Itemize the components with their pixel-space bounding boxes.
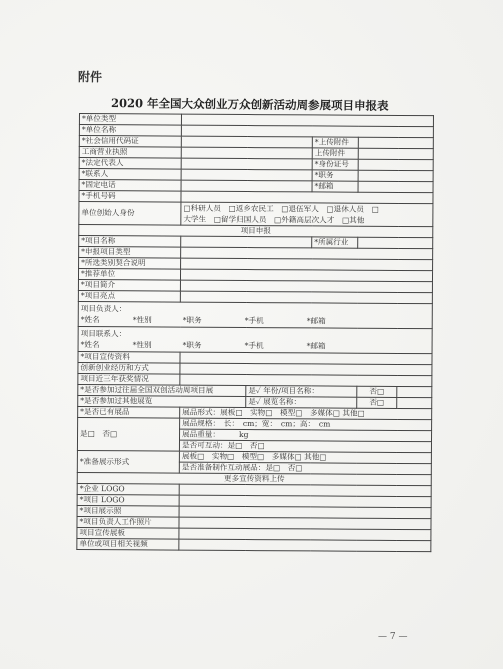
field-id-number[interactable] xyxy=(358,159,433,170)
field-upload-1[interactable] xyxy=(358,137,433,148)
field-contact[interactable] xyxy=(181,169,312,181)
label-unit-type: *单位类型 xyxy=(79,114,181,126)
other-expo-yes-option[interactable]: 是✓ 展览名称： xyxy=(246,397,357,409)
field-position[interactable] xyxy=(358,170,433,181)
label-industry: *所属行业 xyxy=(312,237,358,248)
leader-gender[interactable]: *性别 xyxy=(133,314,183,325)
page-number: — 7 — xyxy=(378,632,407,642)
contact-position[interactable]: *职务 xyxy=(183,340,245,351)
display-interactive-options[interactable]: 是否准备制作互动展品：是□ 否□ xyxy=(179,462,431,475)
field-email[interactable] xyxy=(358,181,433,192)
field-legal-rep[interactable] xyxy=(181,158,312,170)
leader-mobile[interactable]: *手机 xyxy=(245,315,307,326)
row-exhibit-size: 是□ 否□ 展品规格： 长： cm；宽： cm；高： cm xyxy=(78,417,432,430)
leader-email[interactable]: *邮箱 xyxy=(307,315,326,326)
contact-gender[interactable]: *性别 xyxy=(133,339,183,350)
other-expo-no-option[interactable]: 否□ xyxy=(357,397,397,408)
label-landline: *固定电话 xyxy=(79,180,181,192)
label-business-license: 工商营业执照 xyxy=(79,147,181,159)
exhibit-interactive-options[interactable]: 是否可互动：是□ 否□ xyxy=(179,440,431,453)
label-intro: *项目简介 xyxy=(78,279,180,291)
field-industry[interactable] xyxy=(358,237,433,248)
contact-name[interactable]: *姓名 xyxy=(81,339,133,350)
past-expo-no-option[interactable]: 否□ xyxy=(357,386,397,397)
field-landline[interactable] xyxy=(181,180,312,192)
label-promo-board: 项目宣传展板 xyxy=(77,527,179,539)
label-other-expo: *是否参加过其他展览 xyxy=(78,395,246,407)
label-unit-name: *单位名称 xyxy=(79,125,181,137)
other-expo-extra[interactable] xyxy=(397,397,432,408)
form-title: 2020 年全国大众创业万众创新活动周参展项目申报表 xyxy=(111,95,411,114)
label-project-type: *申报项目类型 xyxy=(79,247,181,259)
exhibit-weight-field[interactable]: 展品重量： kg xyxy=(180,429,432,442)
label-project-name: *项目名称 xyxy=(79,236,181,248)
label-awards: 项目近三年获奖情况 xyxy=(78,373,180,385)
label-upload-2: 上传附件 xyxy=(312,148,358,159)
attachment-label: 附件 xyxy=(78,68,102,85)
field-credit-code[interactable] xyxy=(181,136,312,148)
founder-identity-options[interactable]: □科研人员 □返乡农民工 □退伍军人 □退休人员 □ 大学生 □留学归国人员 □… xyxy=(181,202,433,227)
label-related-video: 单位或项目相关视频 xyxy=(77,538,179,550)
label-legal-rep: *法定代表人 xyxy=(79,158,181,170)
label-has-exhibit: *是否已有展品 xyxy=(78,406,180,418)
label-company-logo: *企业 LOGO xyxy=(77,483,179,495)
label-contact: *联系人 xyxy=(79,169,181,181)
row-upload-video: 单位或项目相关视频 xyxy=(77,538,431,551)
label-highlights: *项目亮点 xyxy=(78,290,180,302)
label-founder-identity: 单位创始人身份 xyxy=(79,202,181,226)
past-expo-extra[interactable] xyxy=(397,386,432,397)
label-upload-1: *上传附件 xyxy=(312,137,358,148)
label-leader-photo: *项目负责人工作照片 xyxy=(77,516,179,528)
label-credit-code: *社会信用代码证 xyxy=(79,136,181,148)
contact-email[interactable]: *邮箱 xyxy=(307,340,326,351)
past-expo-yes-option[interactable]: 是✓ 年份/项目名称： xyxy=(246,386,357,398)
application-form-table: *单位类型 *单位名称 *社会信用代码证 *上传附件 工商营业执照 上传附件 *… xyxy=(76,113,434,552)
label-category-desc: *所选类别契合说明 xyxy=(79,258,181,270)
field-business-license[interactable] xyxy=(181,147,312,159)
row-display-form: *准备展示形式 展板□ 实物□ 模型□ 多媒体□ 其他□ xyxy=(77,450,431,463)
label-display-form: *准备展示形式 xyxy=(77,450,179,473)
document-page: 附件 2020 年全国大众创业万众创新活动周参展项目申报表 *单位类型 *单位名… xyxy=(0,0,503,669)
row-founder-identity: 单位创始人身份 □科研人员 □返乡农民工 □退伍军人 □退休人员 □ 大学生 □… xyxy=(79,202,433,227)
label-recommender: *推荐单位 xyxy=(78,269,180,281)
label-promo-material: *项目宣传资料 xyxy=(78,351,180,363)
contact-mobile[interactable]: *手机 xyxy=(245,340,307,351)
field-upload-2[interactable] xyxy=(358,148,433,159)
leader-name[interactable]: *姓名 xyxy=(81,314,133,325)
label-mobile: *手机号码 xyxy=(79,191,181,203)
has-exhibit-choice[interactable]: 是□ 否□ xyxy=(77,417,179,451)
exhibit-form-options[interactable]: 展品形式：展板□ 实物□ 模型□ 多媒体□ 其他□ xyxy=(180,407,432,420)
row-contact-person: 项目联系人： *姓名*性别*职务*手机*邮箱 xyxy=(78,326,432,353)
label-past-expo: *是否参加过往届全国双创活动周项目展 xyxy=(78,384,246,396)
upload-related-video[interactable] xyxy=(179,539,431,552)
identity-options-line-2[interactable]: 大学生 □留学归国人员 □外籍高层次人才 □其他 xyxy=(183,214,430,227)
field-project-name[interactable] xyxy=(181,236,312,248)
label-experience: 创新创业经历和方式 xyxy=(78,362,180,374)
exhibit-size-field[interactable]: 展品规格： 长： cm；宽： cm；高： cm xyxy=(180,418,432,431)
leader-position[interactable]: *职务 xyxy=(183,315,245,326)
project-leader-block[interactable]: 项目负责人： *姓名*性别*职务*手机*邮箱 xyxy=(78,301,432,328)
project-contact-block[interactable]: 项目联系人： *姓名*性别*职务*手机*邮箱 xyxy=(78,326,432,353)
label-position: *职务 xyxy=(312,170,358,181)
label-email: *邮箱 xyxy=(312,181,358,192)
row-leader: 项目负责人： *姓名*性别*职务*手机*邮箱 xyxy=(78,301,432,328)
label-id-number: *身份证号 xyxy=(312,159,358,170)
label-project-photo: *项目展示照 xyxy=(77,505,179,517)
display-form-options[interactable]: 展板□ 实物□ 模型□ 多媒体□ 其他□ xyxy=(179,451,431,464)
label-project-logo: *项目 LOGO xyxy=(77,494,179,506)
